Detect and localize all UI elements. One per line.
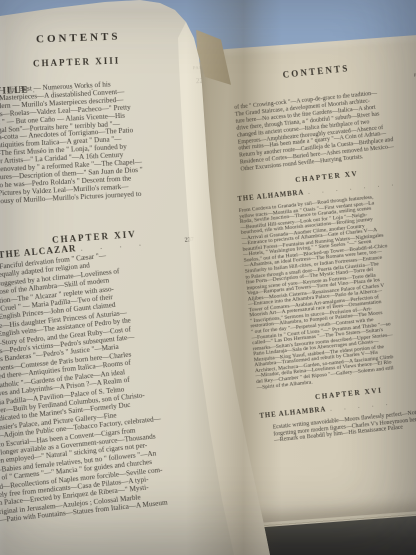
toc-paragraph-ch13: rillo — His Bust — Numerous Works of his… xyxy=(0,80,144,207)
toc-paragraph-ch14-continued: of the " Crowing-cock "—A coup-de-grace … xyxy=(234,89,395,173)
chapter-16-entry-title: THE ALHAMBRA xyxy=(259,406,326,420)
book-photo: CONTENTS 15 PAGE of the " Crowing-cock "… xyxy=(0,0,416,555)
toc-paragraph-ch14: acen Palace — Fanciful derivation from "… xyxy=(0,248,170,527)
chapter-15-entry-title: THE ALHAMBRA xyxy=(237,189,304,203)
chapter-13-heading: CHAPTER XIII xyxy=(33,55,121,68)
left-contents-title: CONTENTS xyxy=(36,31,121,46)
toc-paragraph-ch15: From Cordova to Granada by rail—Road thr… xyxy=(239,194,401,391)
chapter-14-page-number: 237 xyxy=(184,236,194,244)
